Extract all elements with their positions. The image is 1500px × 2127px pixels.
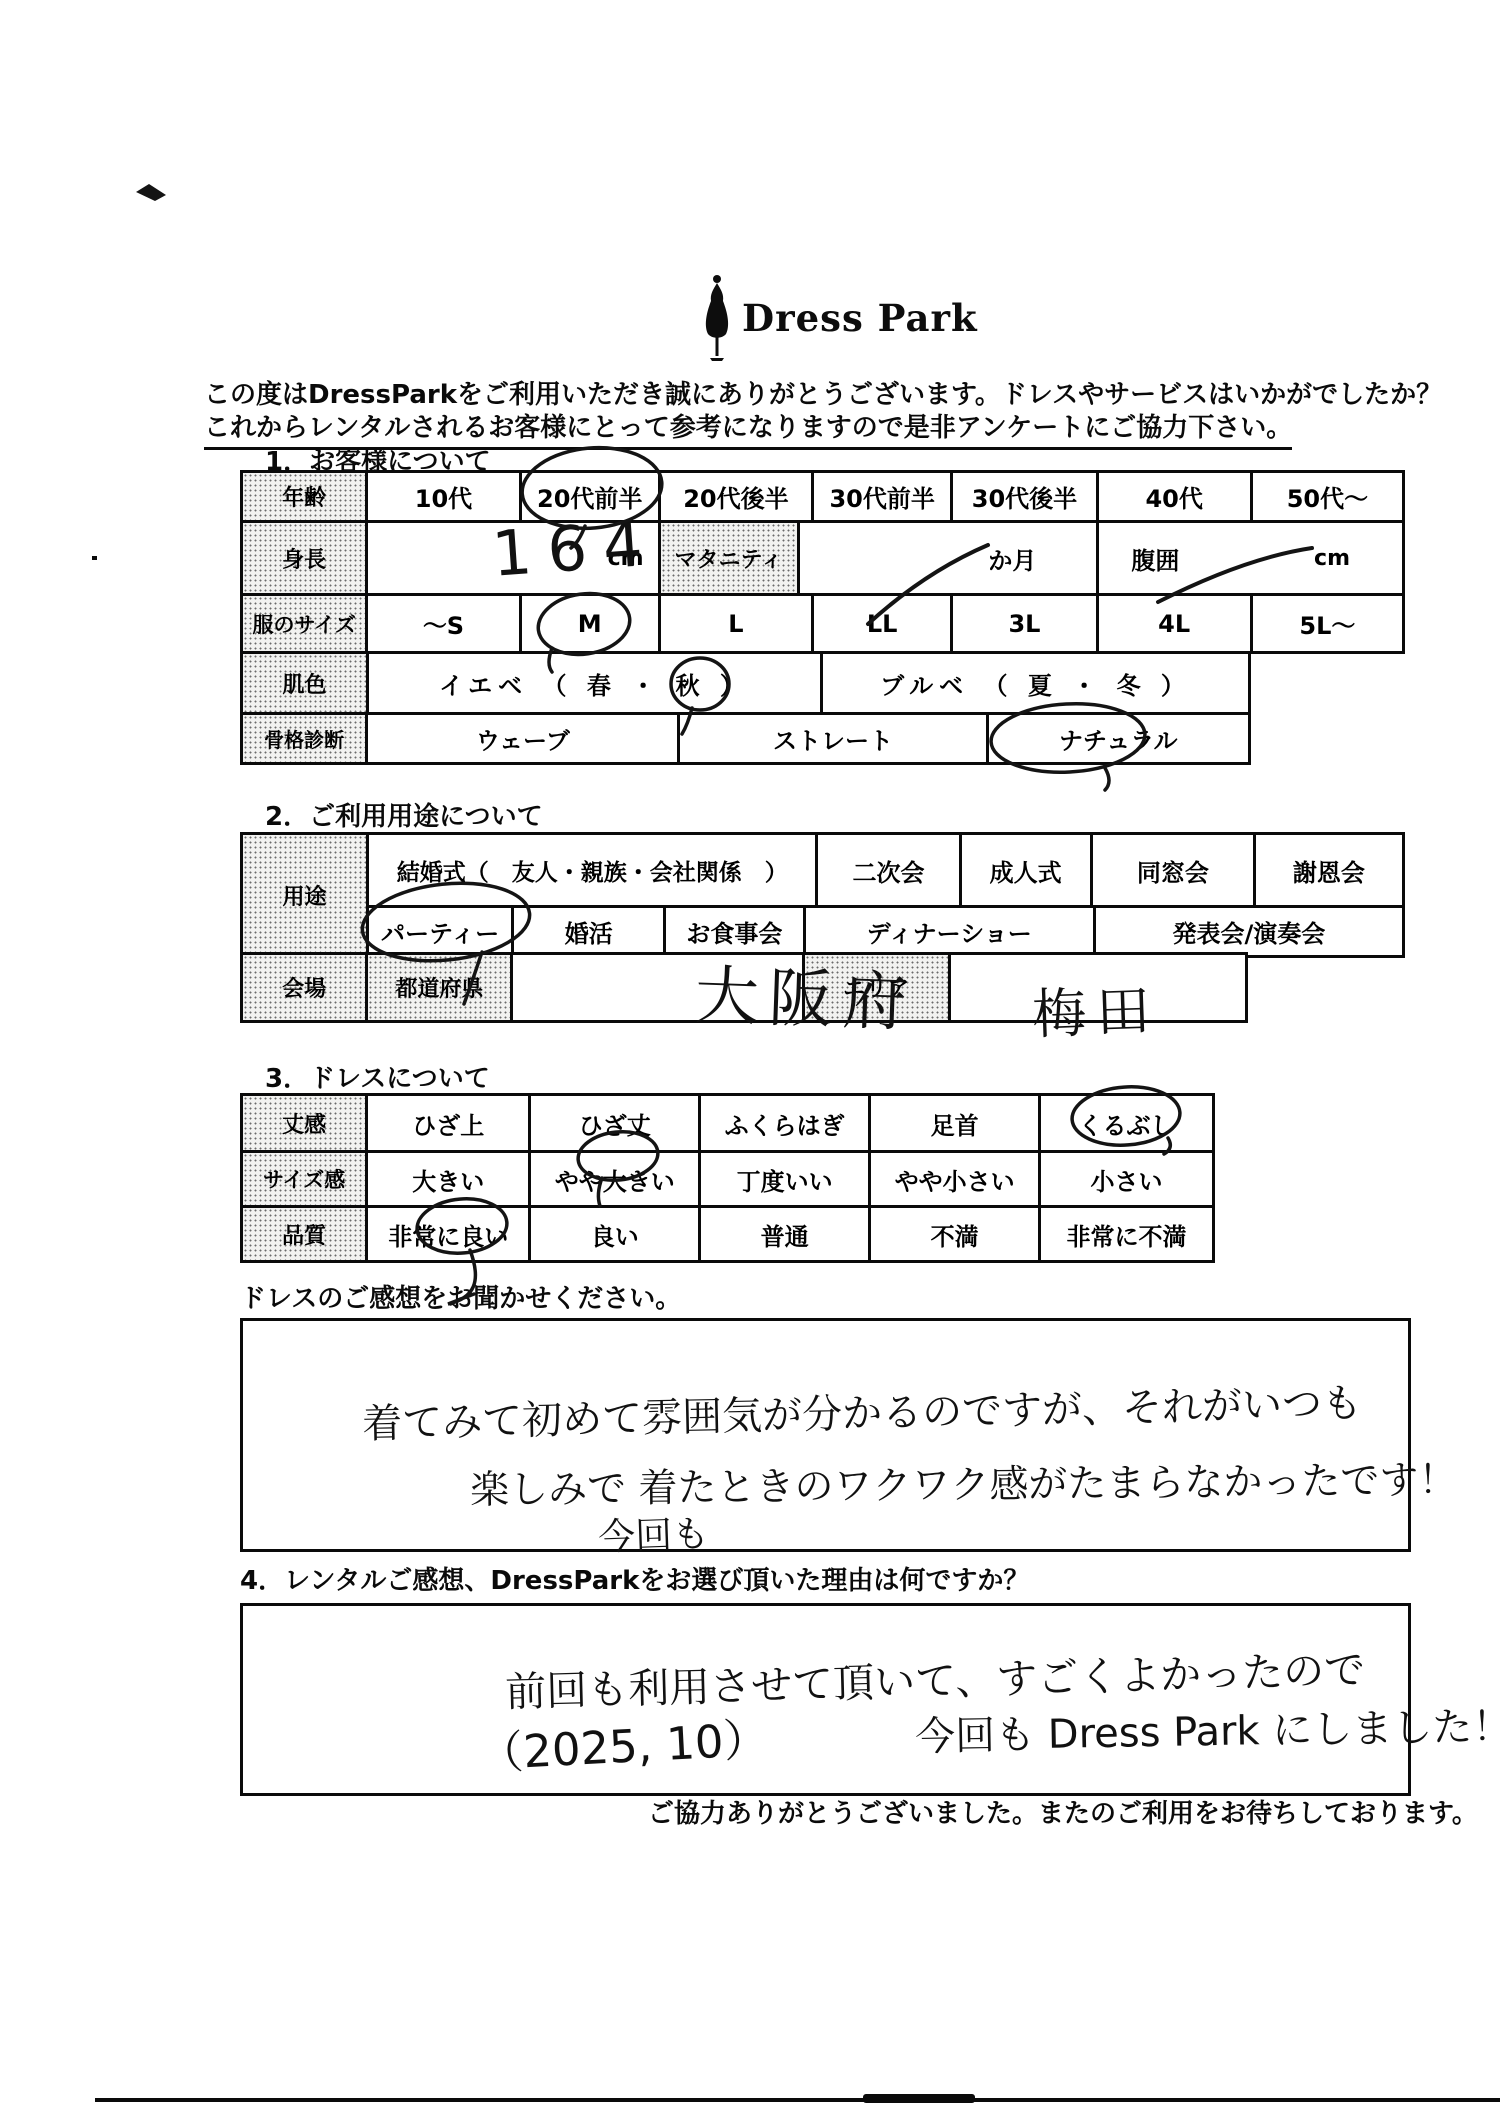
row-header-quality: 品質 xyxy=(243,1208,368,1260)
row-header-size: 服のサイズ xyxy=(243,596,368,651)
scanned-survey-page: Dress Park この度はDressParkをご利用いただき誠にありがとうご… xyxy=(0,0,1500,2127)
option-frame-straight: ストレート xyxy=(680,715,988,762)
option-reunion: 同窓会 xyxy=(1093,835,1256,905)
scan-artifact-blob xyxy=(863,2094,975,2103)
option-skin-yellow: イエベ （ 春 ・ 秋 ） xyxy=(369,654,823,712)
comment-prompt: ドレスのご感想をお聞かせください。 xyxy=(240,1278,681,1315)
option-afterparty: 二次会 xyxy=(818,835,961,905)
option-age-early30s: 30代前半 xyxy=(814,473,953,520)
logo: Dress Park xyxy=(698,274,978,362)
option-dinner-show: ディナーショー xyxy=(806,908,1096,955)
option-length-ankle: 足首 xyxy=(871,1096,1041,1150)
girth-label: 腹囲 xyxy=(1131,541,1179,576)
section2-heading: 2．ご利用用途について xyxy=(265,796,543,833)
option-age-40s: 40代 xyxy=(1099,473,1253,520)
maternity-months-cell: か月 xyxy=(800,523,1100,593)
option-quality-normal: 普通 xyxy=(701,1208,871,1260)
option-fit-bit-big: やや大きい xyxy=(531,1153,701,1205)
option-skin-blue: ブルベ （ 夏 ・ 冬 ） xyxy=(823,654,1248,712)
option-size-ll: LL xyxy=(814,596,953,651)
option-size-5l: 5L～ xyxy=(1253,596,1402,651)
purpose-label: 用途 xyxy=(282,880,326,911)
frame-type-row: 骨格診断 ウェーブ ストレート ナチュラル xyxy=(240,712,1251,765)
skin-tone-row: 肌色 イエベ （ 春 ・ 秋 ） ブルベ （ 夏 ・ 冬 ） xyxy=(240,651,1251,715)
purpose-row-1: 結婚式（ 友人・親族・会社関係 ） 二次会 成人式 同窓会 謝恩会 xyxy=(366,832,1405,908)
option-size-4l: 4L xyxy=(1099,596,1253,651)
option-fit-just: 丁度いい xyxy=(701,1153,871,1205)
option-quality-bad: 不満 xyxy=(871,1208,1041,1260)
dress-table: 丈感 ひざ上 ひざ丈 ふくらはぎ 足首 くるぶし サイズ感 大きい やや大きい … xyxy=(240,1093,1215,1263)
option-length-above-knee: ひざ上 xyxy=(368,1096,531,1150)
brand-name: Dress Park xyxy=(742,296,978,340)
dress-form-icon xyxy=(698,274,736,362)
option-size-s: ～S xyxy=(368,596,521,651)
handwritten-comment-insert: 今回も xyxy=(597,1503,710,1561)
footer-thanks: ご協力ありがとうございました。またのご利用をお待ちしております。 xyxy=(648,1793,1478,1830)
girth-unit: cm xyxy=(1314,546,1350,571)
row-header-purpose: 用途 xyxy=(240,832,369,958)
section3-heading: 3．ドレスについて xyxy=(265,1058,490,1095)
option-wedding: 結婚式（ 友人・親族・会社関係 ） xyxy=(369,835,818,905)
stray-mark xyxy=(136,184,166,201)
row-header-length: 丈感 xyxy=(243,1096,368,1150)
option-length-calf: ふくらはぎ xyxy=(701,1096,871,1150)
option-size-3l: 3L xyxy=(953,596,1098,651)
section4-heading: 4．レンタルご感想、DressParkをお選び頂いた理由は何ですか？ xyxy=(240,1560,1029,1597)
row-header-skin: 肌色 xyxy=(243,654,369,712)
option-size-m: M xyxy=(522,596,661,651)
option-fit-small: 小さい xyxy=(1041,1153,1212,1205)
scan-artifact-line xyxy=(95,2098,1500,2102)
clothing-size-row: 服のサイズ ～S M L LL 3L 4L 5L～ xyxy=(240,593,1405,654)
handwritten-height: 164 xyxy=(490,506,661,590)
row-header-venue: 会場 xyxy=(243,955,368,1020)
option-quality-verybad: 非常に不満 xyxy=(1041,1208,1212,1260)
prefecture-header: 都道府県 xyxy=(368,955,513,1020)
option-fit-bit-small: やや小さい xyxy=(871,1153,1041,1205)
option-age-50s: 50代～ xyxy=(1253,473,1402,520)
customer-info-table: 年齢 10代 20代前半 20代後半 30代前半 30代後半 40代 50代～ … xyxy=(240,470,1405,765)
age-row: 年齢 10代 20代前半 20代後半 30代前半 30代後半 40代 50代～ xyxy=(240,470,1405,523)
girth-cell: 腹囲 cm xyxy=(1099,523,1402,593)
size-feel-row: サイズ感 大きい やや大きい 丁度いい やや小さい 小さい xyxy=(240,1150,1215,1208)
row-header-size-feel: サイズ感 xyxy=(243,1153,368,1205)
option-length-anklebone: くるぶし xyxy=(1041,1096,1212,1150)
row-header-age: 年齢 xyxy=(243,473,368,520)
option-quality-good: 良い xyxy=(531,1208,701,1260)
option-length-knee: ひざ丈 xyxy=(531,1096,701,1150)
option-quality-verygood: 非常に良い xyxy=(368,1208,531,1260)
option-konkatsu: 婚活 xyxy=(514,908,666,955)
row-header-height: 身長 xyxy=(243,523,368,593)
months-label: か月 xyxy=(988,541,1036,576)
length-row: 丈感 ひざ上 ひざ丈 ふくらはぎ 足首 くるぶし xyxy=(240,1093,1215,1153)
option-age-10s: 10代 xyxy=(368,473,521,520)
quality-row: 品質 非常に良い 良い 普通 不満 非常に不満 xyxy=(240,1205,1215,1263)
height-row: 身長 cm マタニティ か月 腹囲 cm xyxy=(240,520,1405,596)
option-fit-big: 大きい xyxy=(368,1153,531,1205)
option-recital: 発表会/演奏会 xyxy=(1096,908,1402,955)
option-frame-natural: ナチュラル xyxy=(989,715,1248,762)
row-header-frame: 骨格診断 xyxy=(243,715,368,762)
option-size-l: L xyxy=(661,596,814,651)
handwritten-answer-line2: 今回も Dress Park にしました！ xyxy=(915,1695,1500,1762)
option-age-late20s: 20代後半 xyxy=(661,473,814,520)
maternity-header: マタニティ xyxy=(661,523,800,593)
option-age-late30s: 30代後半 xyxy=(953,473,1098,520)
circle-frame-natural-tail xyxy=(1105,768,1109,790)
option-thanks-party: 謝恩会 xyxy=(1256,835,1402,905)
option-frame-wave: ウェーブ xyxy=(368,715,680,762)
handwritten-prefecture: 大阪府 xyxy=(693,944,918,1044)
option-coming-of-age: 成人式 xyxy=(962,835,1093,905)
handwritten-area: 梅田 xyxy=(1031,968,1162,1049)
option-party: パーティー xyxy=(369,908,514,955)
intro-line-1: この度はDressParkをご利用いただき誠にありがとうございます。ドレスやサー… xyxy=(204,374,1442,411)
scan-speck xyxy=(92,556,97,560)
